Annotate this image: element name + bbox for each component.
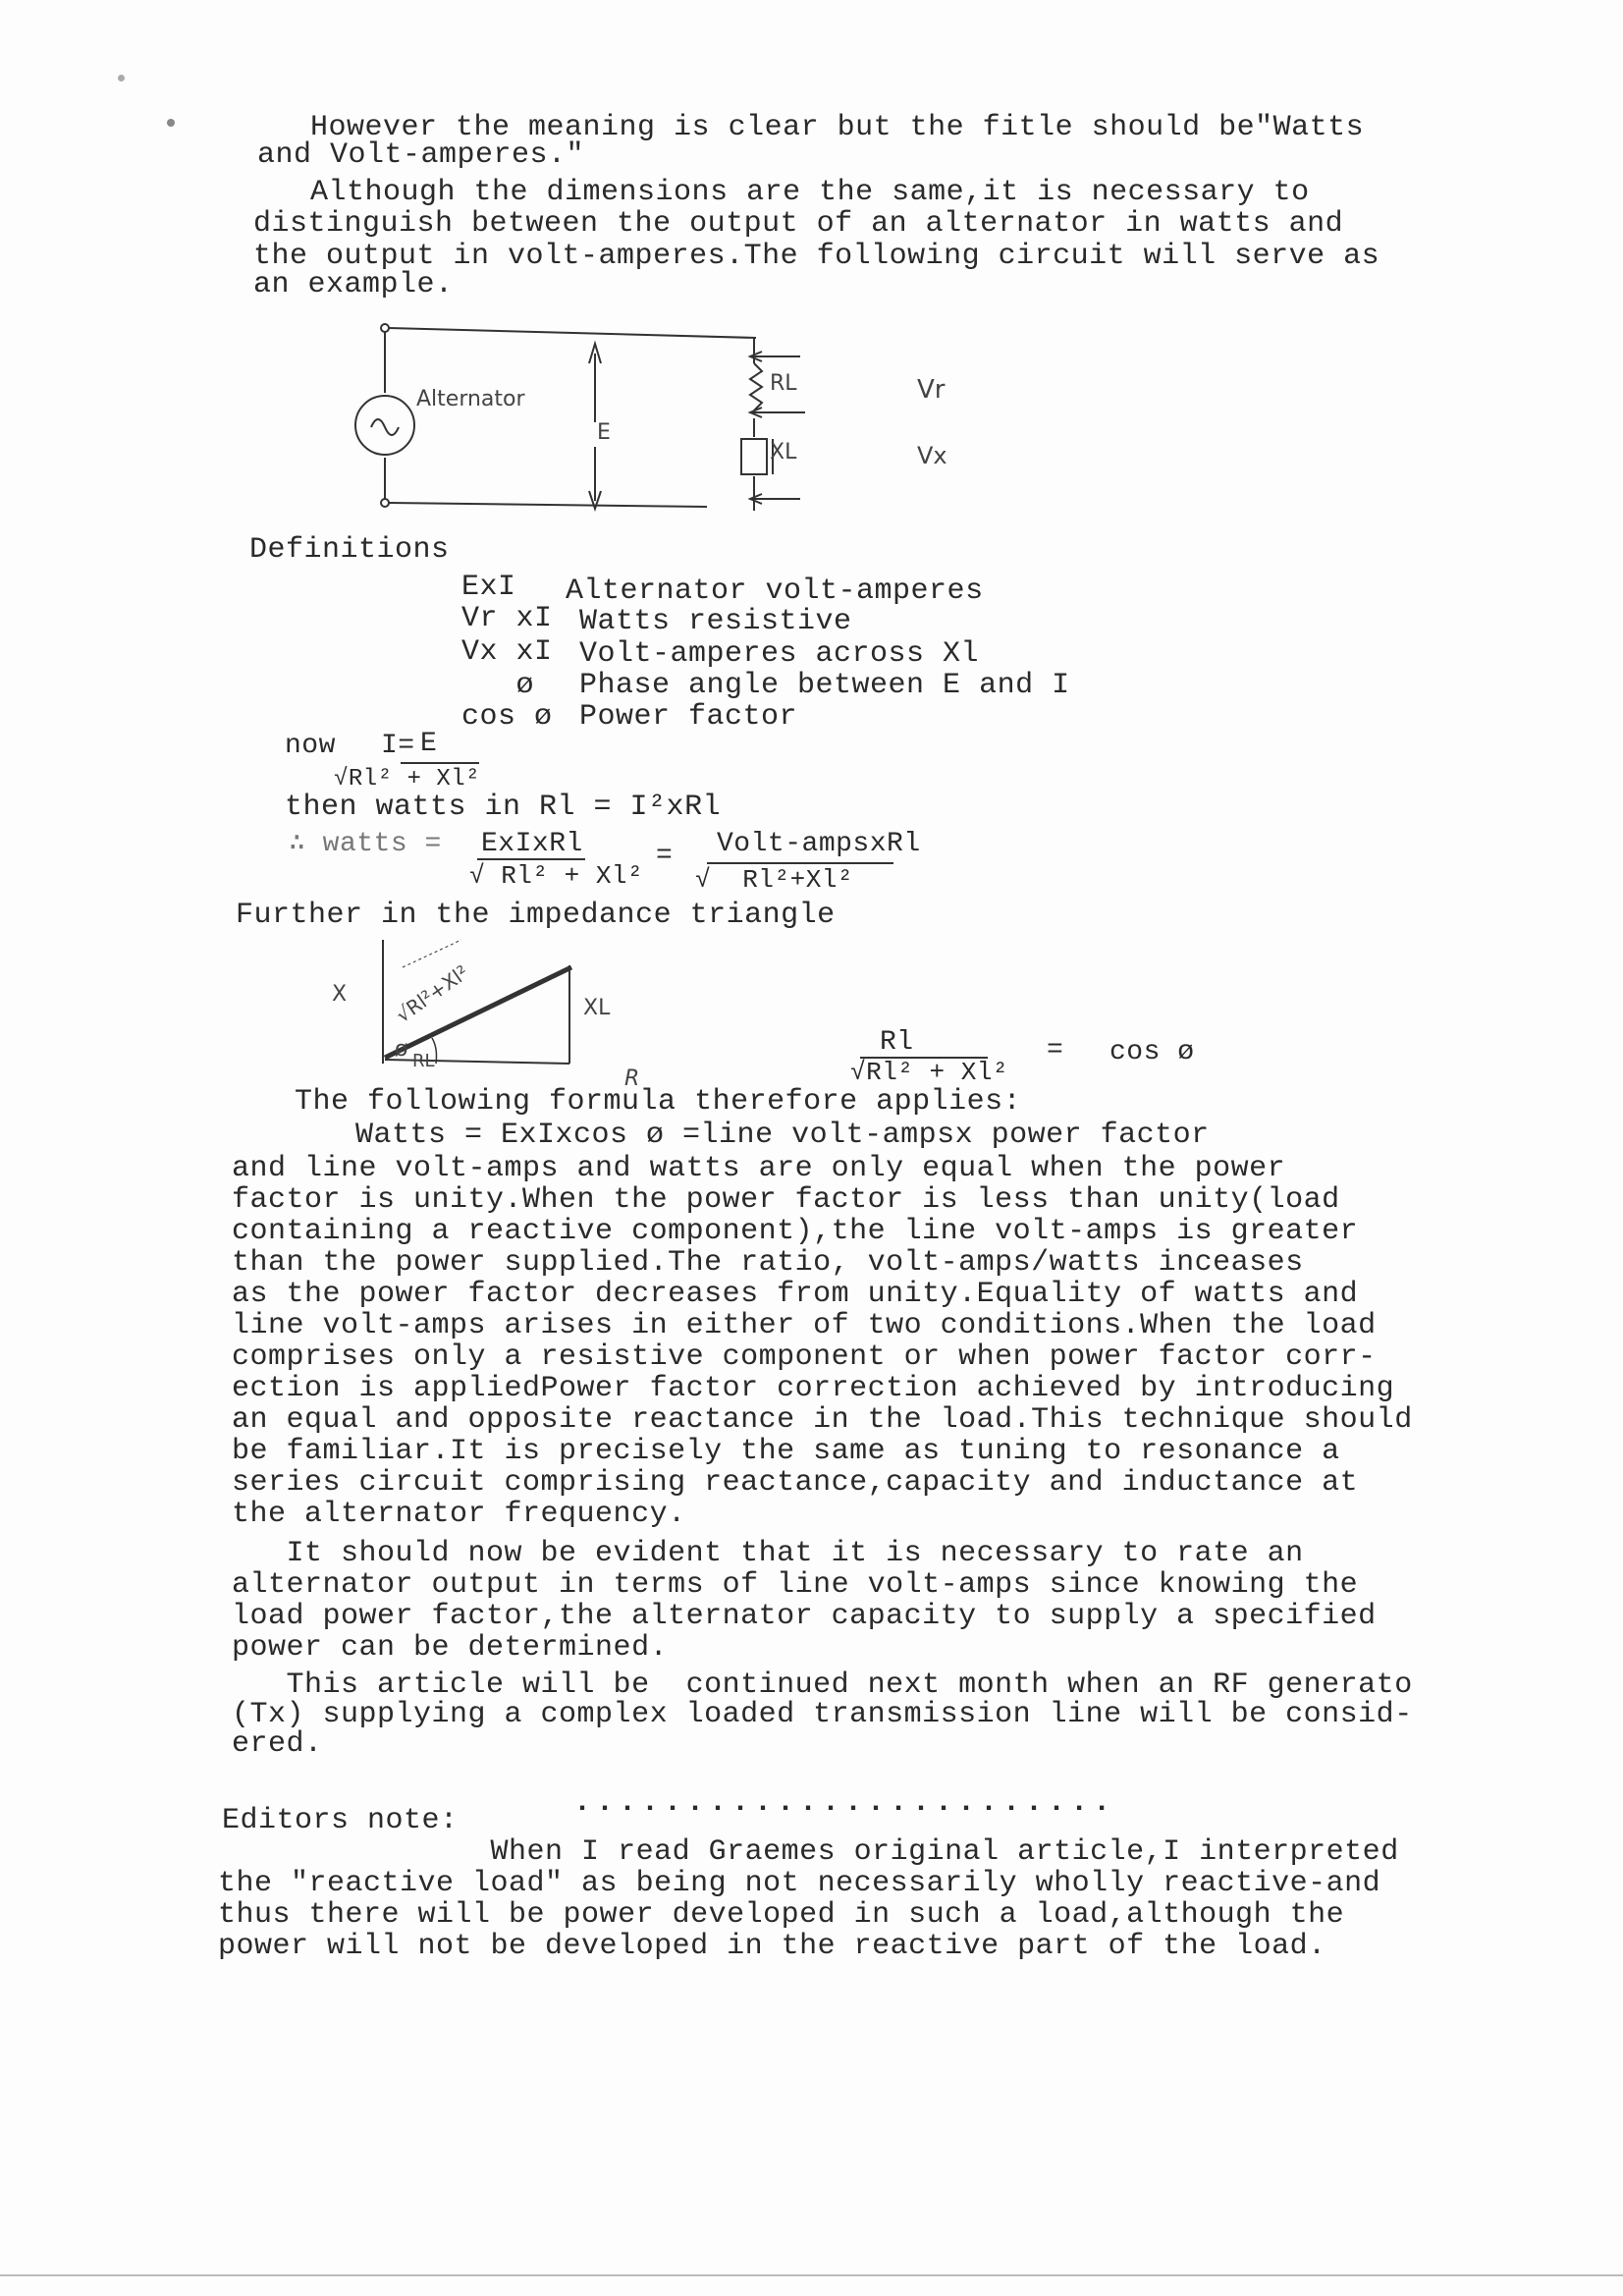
text-line: containing a reactive component),the lin… (232, 1216, 1358, 1247)
text-line: line volt-amps arises in either of two c… (232, 1310, 1377, 1341)
text-line: as the power factor decreases from unity… (232, 1279, 1358, 1310)
alternator-label: Alternator (416, 387, 525, 411)
text-line: ered. (232, 1728, 323, 1760)
text-line: It should now be evident that it is nece… (232, 1538, 1304, 1569)
scan-speck (118, 75, 125, 82)
p2-line4: an example. (253, 269, 454, 301)
page-edge (0, 2274, 1623, 2276)
cos-equals: = (1047, 1035, 1063, 1066)
text-line: alternator output in terms of line volt-… (232, 1569, 1358, 1601)
formula: Watts = ExIxcos ø =line volt-ampsx power… (355, 1120, 1210, 1151)
definition-desc: Phase angle between E and I (579, 670, 1070, 701)
angle-label: ø (395, 1037, 407, 1062)
text-line: thus there will be power developed in su… (218, 1899, 1344, 1931)
watts-prefix: ∴ watts = (289, 829, 442, 860)
cos-numerator: Rl (880, 1027, 914, 1059)
then-watts-line: then watts in Rl = I²xRl (285, 792, 721, 823)
vr-label: Vr (917, 375, 945, 405)
x-axis-label: X (332, 982, 347, 1007)
p1-line2: and Volt-amperes." (257, 139, 584, 171)
editors-note-heading: Editors note: (222, 1805, 459, 1836)
definition-desc: Power factor (579, 701, 797, 733)
now-label: now (285, 731, 336, 762)
text-line: When I read Graemes original article,I i… (218, 1836, 1399, 1868)
dotted-separator: ........................ (573, 1787, 1115, 1819)
text-line: power will not be developed in the react… (218, 1931, 1326, 1962)
definition-term: cos ø (461, 701, 553, 733)
definition-term: ExI (461, 572, 534, 603)
text-line: This article will be continued next mont… (232, 1669, 1413, 1701)
further-line: Further in the impedance triangle (236, 900, 836, 931)
rl-label: RL (770, 371, 797, 396)
text-line: an equal and opposite reactance in the l… (232, 1404, 1413, 1436)
text-line: and line volt-amps and watts are only eq… (232, 1153, 1285, 1184)
definition-term: Vr xI (461, 603, 553, 634)
circuit-svg (344, 314, 1031, 530)
definition-term: ø (461, 670, 534, 701)
watts-denominator-2: √ Rl²+Xl² (695, 864, 853, 896)
i-numerator: E (420, 729, 437, 760)
typed-page: However the meaning is clear but the fit… (0, 0, 1623, 2296)
vx-label: Vx (917, 442, 947, 469)
watts-numerator-1: ExIxRl (481, 829, 583, 860)
text-line: series circuit comprising reactance,capa… (232, 1467, 1358, 1499)
side-label: XL (583, 996, 610, 1020)
scan-speck (167, 119, 175, 127)
base-label: RL (412, 1051, 435, 1071)
watts-denominator-1: √ Rl² + Xl² (469, 860, 643, 892)
watts-numerator-2: Volt-ampsxRl (717, 829, 921, 860)
text-line: comprises only a resistive component or … (232, 1341, 1377, 1373)
definitions-heading: Definitions (249, 534, 450, 566)
text-line: the "reactive load" as being not necessa… (218, 1868, 1380, 1899)
i-equals: I= (381, 731, 415, 762)
equals-sign: = (656, 841, 673, 872)
text-line: be familiar.It is precisely the same as … (232, 1436, 1340, 1467)
cos-denominator: √Rl² + Xl² (850, 1057, 1008, 1088)
text-line: power can be determined. (232, 1632, 668, 1664)
text-line: ection is appliedPower factor correction… (232, 1373, 1394, 1404)
xl-label: XL (770, 440, 796, 465)
definition-desc: Volt-amperes across Xl (579, 638, 979, 670)
p2-line2: distinguish between the output of an alt… (253, 208, 1343, 240)
definition-term: Vx xI (461, 636, 553, 668)
e-label: E (597, 420, 611, 445)
formula-intro: The following formula therefore applies: (295, 1086, 1021, 1118)
p2-line1: Although the dimensions are the same,it … (310, 177, 1310, 208)
text-line: the alternator frequency. (232, 1499, 686, 1530)
definition-desc: Watts resistive (579, 606, 852, 637)
cos-result: cos ø (1109, 1037, 1195, 1068)
text-line: factor is unity.When the power factor is… (232, 1184, 1340, 1216)
definition-desc: Alternator volt-amperes (566, 575, 984, 607)
text-line: (Tx) supplying a complex loaded transmis… (232, 1699, 1413, 1730)
text-line: than the power supplied.The ratio, volt-… (232, 1247, 1304, 1279)
text-line: load power factor,the alternator capacit… (232, 1601, 1377, 1632)
